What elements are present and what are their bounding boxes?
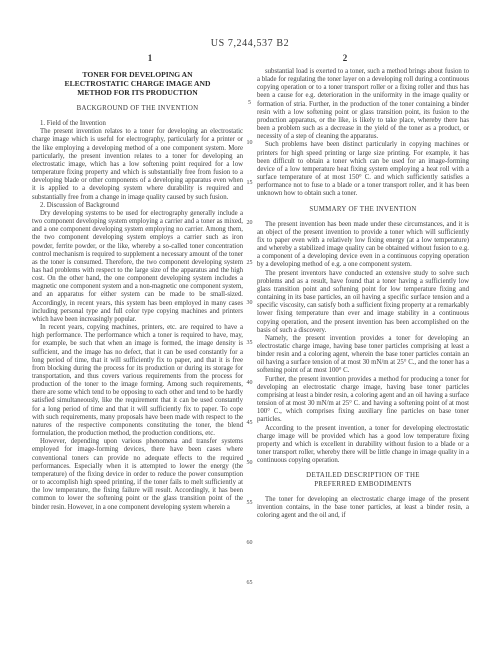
right-column: substantial load is exerted to a toner, … [257, 68, 469, 520]
paragraph-detailed-1: The toner for developing an electrostati… [257, 496, 469, 520]
patent-page: US 7,244,537 B2 1 2 TONER FOR DEVELOPING… [0, 0, 500, 645]
paragraph-field: The present invention relates to a toner… [32, 128, 243, 201]
line-number: 65 [243, 580, 256, 587]
paragraph-summary-4: Further, the present invention provides … [257, 376, 469, 425]
paragraph-discussion-1: Dry developing systems to be used for el… [32, 210, 243, 324]
paragraph-background-cont: substantial load is exerted to a toner, … [257, 68, 469, 141]
section-heading-detailed-description: DETAILED DESCRIPTION OF THE PREFERRED EM… [288, 472, 438, 488]
section-heading-background: BACKGROUND OF THE INVENTION [32, 105, 243, 113]
subsection-discussion-of-background: 2. Discussion of Background [32, 202, 243, 210]
line-number: 15 [243, 180, 256, 187]
line-number-gutter: 5 10 15 20 25 30 35 40 45 50 55 60 65 [243, 0, 256, 645]
line-number: 45 [243, 420, 256, 427]
line-number: 10 [243, 140, 256, 147]
paragraph-summary-2: The present inventors have conducted an … [257, 270, 469, 335]
patent-title: TONER FOR DEVELOPING AN ELECTROSTATIC CH… [52, 70, 224, 97]
paragraph-discussion-3: However, depending upon various phenomen… [32, 438, 243, 511]
line-number: 55 [243, 500, 256, 507]
line-number: 60 [243, 540, 256, 547]
column-number-left: 1 [143, 53, 157, 63]
line-number: 20 [243, 220, 256, 227]
subsection-field-of-invention: 1. Field of the Invention [32, 120, 243, 128]
section-heading-summary: SUMMARY OF THE INVENTION [257, 206, 469, 214]
line-number: 25 [243, 260, 256, 267]
paragraph-summary-3: Namely, the present invention provides a… [257, 335, 469, 376]
paragraph-discussion-2: In recent years, copying machines, print… [32, 324, 243, 438]
line-number: 30 [243, 300, 256, 307]
paragraph-background-problems: Such problems have been distinct particu… [257, 141, 469, 198]
line-number: 35 [243, 340, 256, 347]
paragraph-summary-1: The present invention has been made unde… [257, 221, 469, 270]
paragraph-summary-5: According to the present invention, a to… [257, 425, 469, 466]
left-column: TONER FOR DEVELOPING AN ELECTROSTATIC CH… [32, 68, 243, 512]
line-number: 5 [243, 100, 256, 107]
line-number: 40 [243, 380, 256, 387]
line-number: 50 [243, 460, 256, 467]
column-number-right: 2 [338, 53, 352, 63]
